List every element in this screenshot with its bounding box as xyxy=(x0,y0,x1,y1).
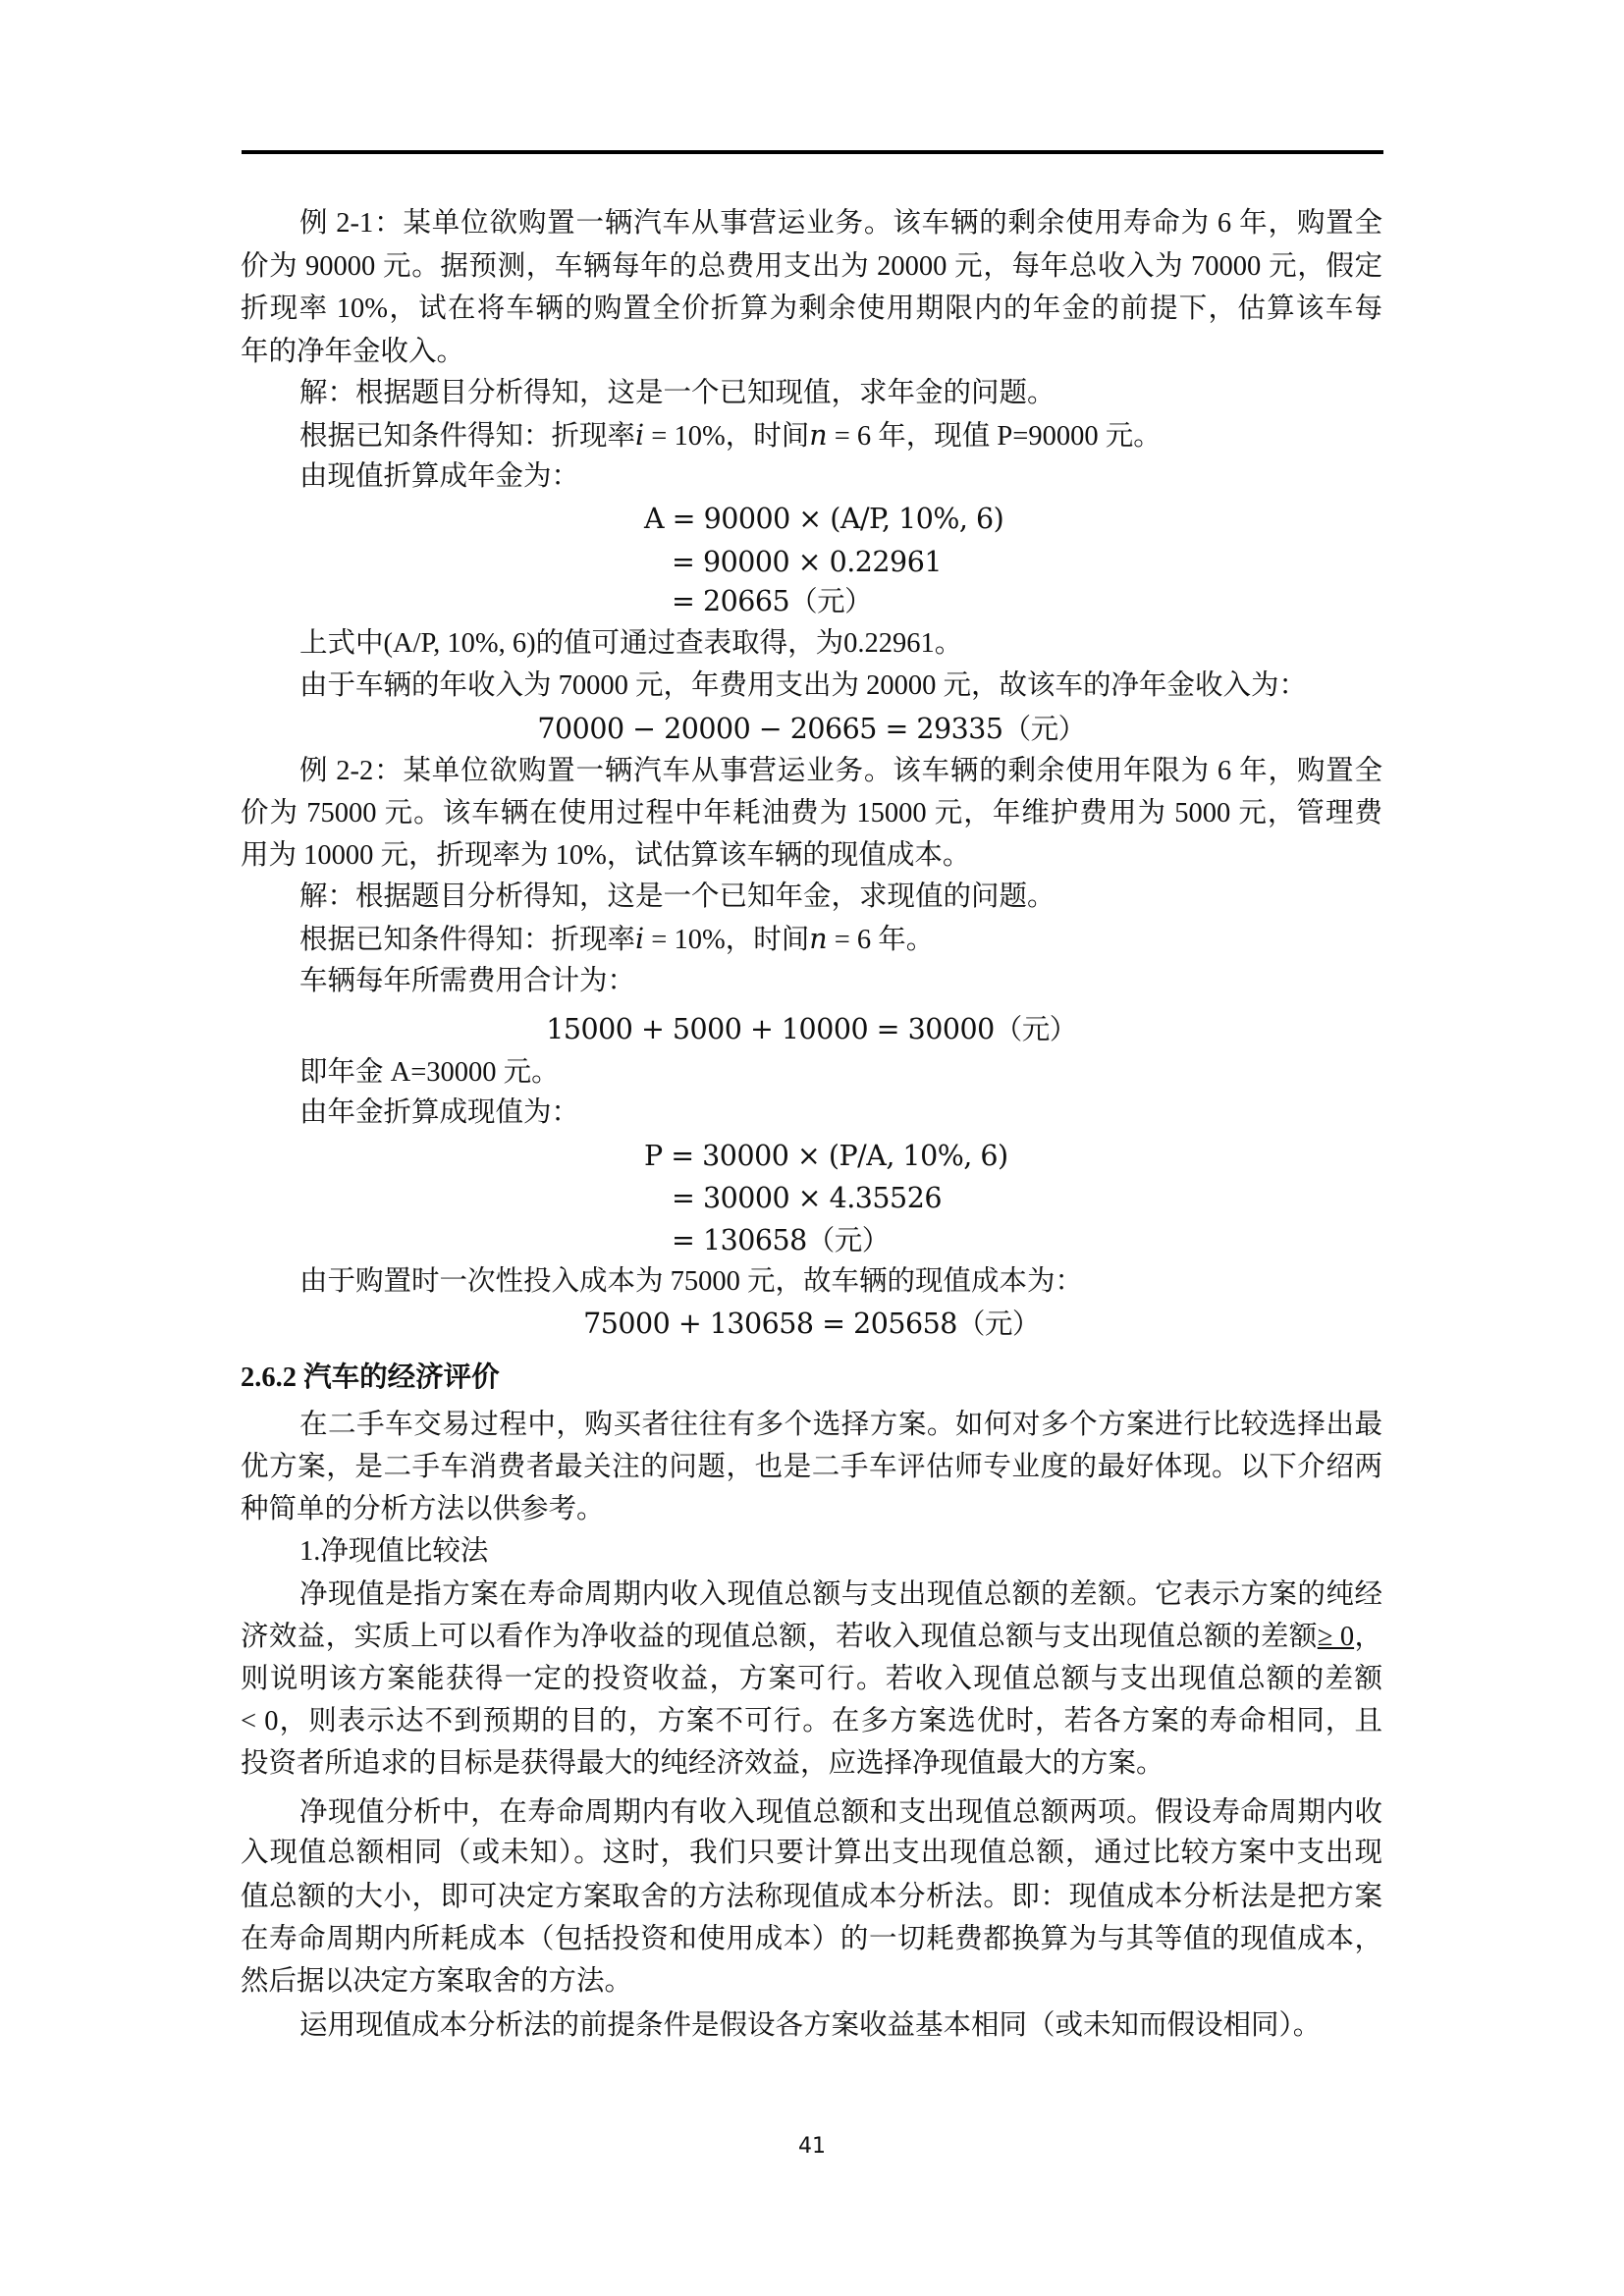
equation-net-annuity: 70000 − 20000 − 20665 = 29335（元） xyxy=(241,708,1382,751)
example-2-1-line-1: 例 2-1：某单位欲购置一辆汽车从事营运业务。该车辆的剩余使用寿命为 6 年，购… xyxy=(299,202,1382,245)
known-prefix: 根据已知条件得知：折现率 xyxy=(299,421,635,452)
npv-line-3: 则说明该方案能获得一定的投资收益，方案可行。若收入现值总额与支出现值总额的差额 xyxy=(241,1658,1382,1701)
var-n: n xyxy=(809,923,827,955)
known-n-value: = 6 年，现值 P=90000 元。 xyxy=(828,421,1162,452)
example-2-1-line-2: 价为 90000 元。据预测，车辆每年的总费用支出为 20000 元，每年总收入… xyxy=(241,245,1382,289)
method-1-title: 1.净现值比较法 xyxy=(299,1530,1382,1574)
example-2-2-known: 根据已知条件得知：折现率i = 10%，时间n = 6 年。 xyxy=(299,918,1382,961)
known-prefix: 根据已知条件得知：折现率 xyxy=(299,925,635,955)
example-2-2-convert: 由年金折算成现值为： xyxy=(299,1092,1382,1135)
equation-total-present-cost: 75000 + 130658 = 205658（元） xyxy=(241,1303,1382,1346)
example-2-1-income: 由于车辆的年收入为 70000 元，年费用支出为 20000 元，故该车的净年金… xyxy=(299,665,1382,708)
intro-line-2: 优方案，是二手车消费者最关注的问题，也是二手车评估师专业度的最好体现。以下介绍两 xyxy=(241,1446,1382,1489)
pv-cost-line-5: 然后据以决定方案取舍的方法。 xyxy=(241,1960,1382,2003)
equation-annuity: A = 90000 × (A/P, 10%, 6) xyxy=(644,498,1003,541)
var-n: n xyxy=(809,419,827,452)
example-2-2-solution: 解：根据题目分析得知，这是一个已知年金，求现值的问题。 xyxy=(299,876,1382,919)
example-2-2-line-2: 价为 75000 元。该车辆在使用过程中年耗油费为 15000 元，年维护费用为… xyxy=(241,792,1382,835)
npv-line-1: 净现值是指方案在寿命周期内收入现值总额与支出现值总额的差额。它表示方案的纯经 xyxy=(299,1574,1382,1617)
npv-line-2: 济效益，实质上可以看作为净收益的现值总额，若收入现值总额与支出现值总额的差额≥ … xyxy=(241,1616,1382,1659)
equation-present-value-step-2: = 30000 × 4.35526 xyxy=(672,1177,942,1220)
example-2-2-line-3: 用为 10000 元，折现率为 10%，试估算该车辆的现值成本。 xyxy=(241,834,1382,878)
example-2-2-line-1: 例 2-2：某单位欲购置一辆汽车从事营运业务。该车辆的剩余使用年限为 6 年，购… xyxy=(299,750,1382,793)
section-heading: 2.6.2 汽车的经济评价 xyxy=(241,1357,1382,1400)
var-i: i xyxy=(635,923,644,955)
npv-line-5: 投资者所追求的目标是获得最大的纯经济效益，应选择净现值最大的方案。 xyxy=(241,1742,1382,1786)
example-2-1-line-3: 折现率 10%，试在将车辆的购置全价折算为剩余使用期限内的年金的前提下，估算该车… xyxy=(241,288,1382,331)
pv-cost-line-2: 入现值总额相同（或未知）。这时，我们只要计算出支出现值总额，通过比较方案中支出现 xyxy=(241,1832,1382,1875)
pv-cost-line-4: 在寿命周期内所耗成本（包括投资和使用成本）的一切耗费都换算为与其等值的现值成本， xyxy=(241,1918,1382,1961)
example-2-2-annuity: 即年金 A=30000 元。 xyxy=(299,1051,1382,1095)
example-2-1-known: 根据已知条件得知：折现率i = 10%，时间n = 6 年，现值 P=90000… xyxy=(299,414,1382,457)
equation-total-cost: 15000 + 5000 + 10000 = 30000（元） xyxy=(241,1008,1382,1051)
example-2-1-convert: 由现值折算成年金为： xyxy=(299,455,1382,499)
example-2-1-line-4: 年的净年金收入。 xyxy=(241,331,1382,374)
ge-zero: ≥ 0 xyxy=(1318,1622,1354,1652)
var-i: i xyxy=(635,419,644,452)
example-2-1-note: 上式中(A/P, 10%, 6)的值可通过查表取得，为0.22961。 xyxy=(299,622,1382,666)
page-number: 41 xyxy=(0,2132,1624,2162)
npv-line-4: < 0，则表示达不到预期的目的，方案不可行。在多方案选优时，若各方案的寿命相同，… xyxy=(241,1700,1382,1743)
intro-line-1: 在二手车交易过程中，购买者往往有多个选择方案。如何对多个方案进行比较选择出最 xyxy=(299,1404,1382,1447)
equation-present-value-result: = 130658（元） xyxy=(672,1219,890,1262)
npv-line-2-text: 济效益，实质上可以看作为净收益的现值总额，若收入现值总额与支出现值总额的差额 xyxy=(241,1622,1318,1652)
example-2-1-solution: 解：根据题目分析得知，这是一个已知现值，求年金的问题。 xyxy=(299,372,1382,415)
equation-annuity-step-2: = 90000 × 0.22961 xyxy=(672,541,942,584)
known-i-value: = 10%，时间 xyxy=(644,421,809,452)
premise-line: 运用现值成本分析法的前提条件是假设各方案收益基本相同（或未知而假设相同）。 xyxy=(299,2004,1382,2048)
example-2-2-cost-label: 车辆每年所需费用合计为： xyxy=(299,960,1382,1003)
comma: ， xyxy=(1354,1622,1382,1652)
intro-line-3: 种简单的分析方法以供参考。 xyxy=(241,1488,1382,1531)
pv-cost-line-1: 净现值分析中，在寿命周期内有收入现值总额和支出现值总额两项。假设寿命周期内收 xyxy=(299,1791,1382,1835)
equation-present-value: P = 30000 × (P/A, 10%, 6) xyxy=(644,1135,1008,1178)
known-i-value: = 10%，时间 xyxy=(644,925,809,955)
example-2-2-purchase: 由于购置时一次性投入成本为 75000 元，故车辆的现值成本为： xyxy=(299,1260,1382,1304)
equation-annuity-result: = 20665（元） xyxy=(672,580,872,623)
known-n-value: = 6 年。 xyxy=(828,925,935,955)
header-rule xyxy=(242,150,1383,154)
pv-cost-line-3: 值总额的大小，即可决定方案取舍的方法称现值成本分析法。即：现值成本分析法是把方案 xyxy=(241,1876,1382,1919)
